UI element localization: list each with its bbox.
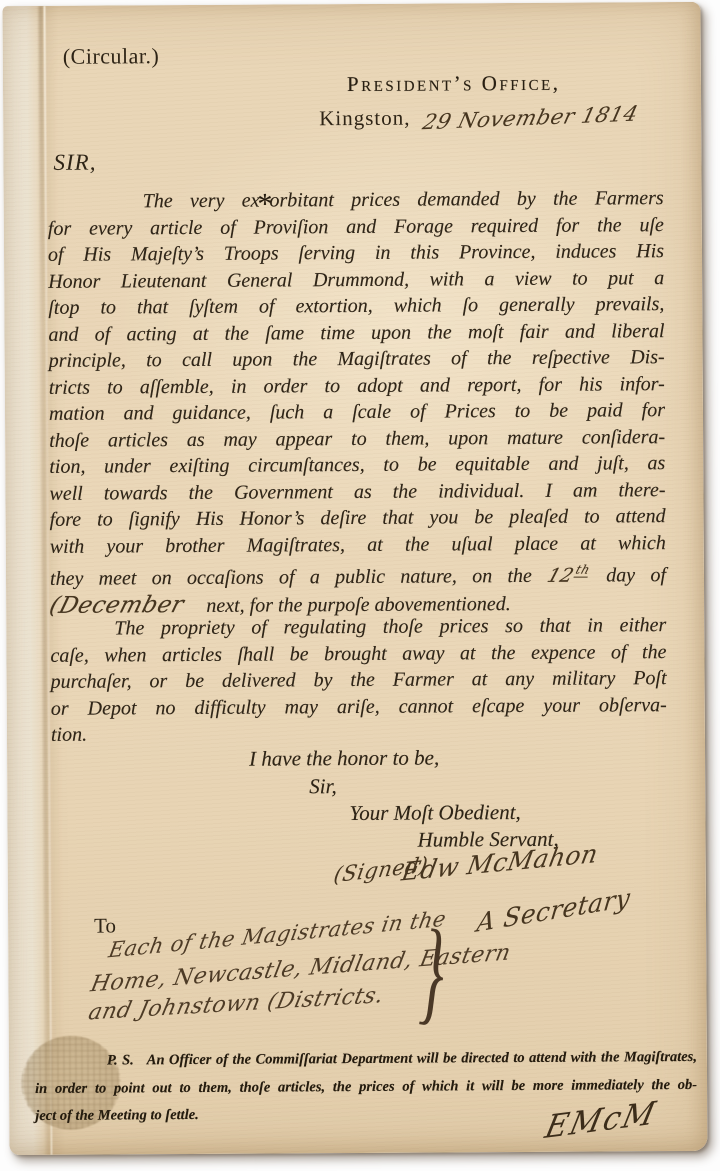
postscript-line: P. S. An Officer of the Commiſſariat Dep… [35, 1044, 697, 1076]
paragraph-line: they meet on occaſions of a public natur… [50, 556, 666, 592]
closing-line-3: Your Moſt Obedient, [349, 800, 520, 826]
paragraph-line: ſtop to that ſyſtem of extortion, which … [48, 291, 664, 321]
paragraph-line: tion. [51, 718, 667, 748]
line1-pre: The very ex [143, 190, 260, 213]
line15-post: day of [606, 564, 666, 586]
address-brace: } [418, 920, 445, 1024]
paragraph-line: well towards the Government as the indiv… [49, 477, 665, 507]
signature-title: A Secretary [475, 883, 632, 938]
dateline: Kingston, 29 November 1814 [319, 104, 637, 131]
paragraph-line: purchaſer, or be delivered by the Farmer… [51, 665, 667, 695]
paragraph-line: The propriety of regulating thoſe prices… [50, 612, 666, 642]
salutation: SIR, [53, 150, 96, 176]
paper-sheet: (Circular.) President’s Office, Kingston… [2, 2, 707, 1155]
paragraph-line: fore to ſignify His Honor’s deſire that … [50, 503, 666, 533]
line15-pre: they meet on occaſions of a public natur… [50, 565, 532, 590]
paragraph-line: caſe, when articles ſhall be brought awa… [50, 639, 666, 669]
paragraph-line: Honor Lieutenant General Drummond, with … [48, 265, 664, 295]
circular-label: (Circular.) [63, 43, 160, 70]
paragraph-line: and of acting at the ſame time upon the … [48, 318, 664, 348]
paragraph-line: of His Majeſty’s Troops ſerving in this … [48, 238, 664, 268]
paragraph-line: tion, under exiſting circumſtances, to b… [49, 450, 665, 480]
closing-line-1: I have the honor to be, [249, 745, 439, 771]
body-paragraph-1: The very ex*orbitant prices demanded by … [48, 185, 667, 620]
address-to-label: To [94, 913, 116, 938]
dateline-date-handwritten: 29 November 1814 [421, 102, 641, 135]
paragraph-line: thoſe articles as may appear to them, up… [49, 424, 665, 454]
paragraph-line: The very ex*orbitant prices demanded by … [48, 185, 664, 215]
paragraph-line: or Depot no difficulty may ariſe, cannot… [51, 692, 667, 722]
handwritten-day: 12th [544, 557, 594, 590]
day-ordinal: th [574, 563, 592, 578]
paragraph-line: for every article of Proviſion and Forag… [48, 212, 664, 242]
paragraph-line: with your brother Magiſtrates, at the uſ… [50, 530, 666, 560]
paragraph-line: tricts to aſſemble, in order to adopt an… [49, 371, 665, 401]
closing-line-2: Sir, [309, 774, 337, 799]
postscript-line: in order to point out to them, thoſe art… [35, 1071, 697, 1103]
body-paragraph-2: The propriety of regulating thoſe prices… [50, 612, 667, 748]
paragraph-line: principle, to call upon the Magiſtrates … [49, 344, 665, 374]
paragraph-line: mation and guidance, ſuch a ſcale of Pri… [49, 397, 665, 427]
office-heading: President’s Office, [347, 71, 561, 97]
line1-post: orbitant prices demanded by the Farmers [269, 187, 663, 211]
day-number: 12 [545, 565, 577, 587]
dateline-place: Kingston, [319, 106, 410, 131]
